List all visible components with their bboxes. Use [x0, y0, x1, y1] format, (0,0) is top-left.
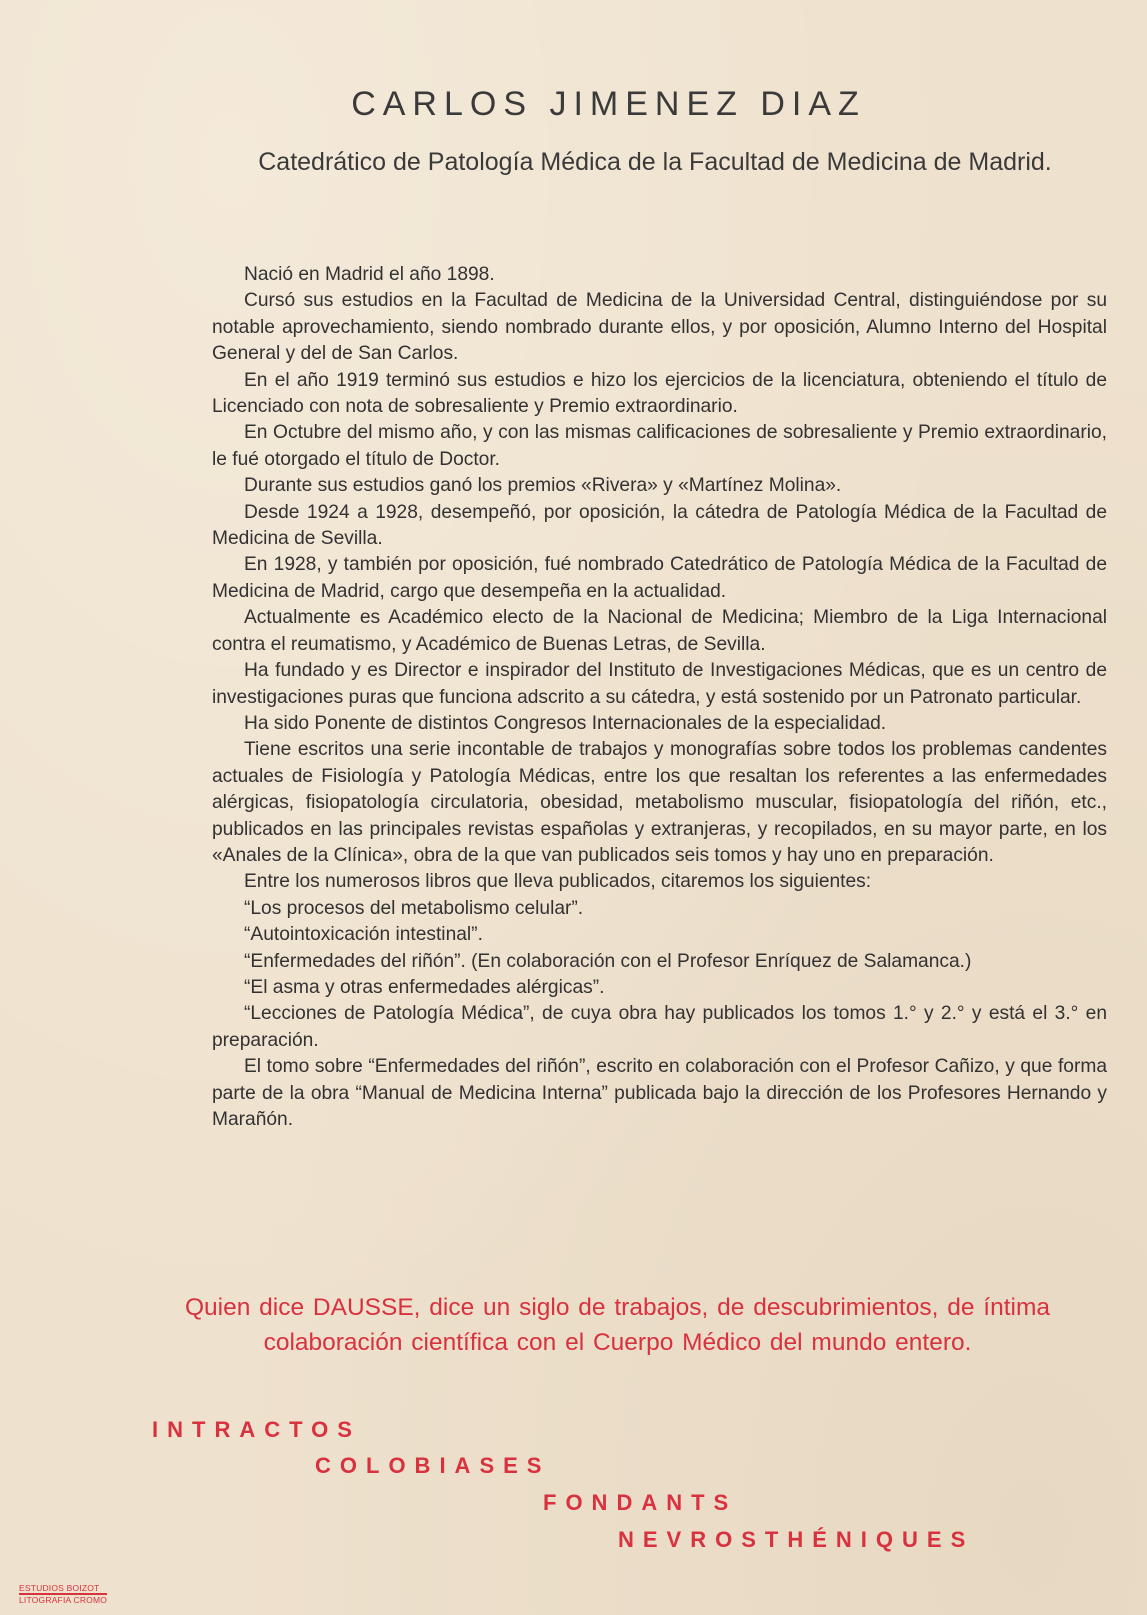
- book-title: El tomo sobre “Enfermedades del riñón”, …: [212, 1054, 1107, 1133]
- book-title: “El asma y otras enfermedades alérgicas”…: [212, 975, 1107, 1001]
- book-title: “Los procesos del metabolismo celular”.: [212, 896, 1107, 922]
- biography-paragraph: Nació en Madrid el año 1898.: [212, 262, 1107, 288]
- biography-paragraph: Actualmente es Académico electo de la Na…: [212, 605, 1107, 658]
- biography-paragraph: Tiene escritos una serie incontable de t…: [212, 737, 1107, 869]
- biography-paragraph: Ha fundado y es Director e inspirador de…: [212, 658, 1107, 711]
- book-title: “Lecciones de Patología Médica”, de cuya…: [212, 1001, 1107, 1054]
- page-title: CARLOS JIMENEZ DIAZ: [0, 85, 1147, 124]
- product-colobiases: COLOBIASES: [315, 1453, 550, 1479]
- imprint-studio: ESTUDIOS BOIZOT: [19, 1583, 107, 1595]
- biography-paragraph: Ha sido Ponente de distintos Congresos I…: [212, 711, 1107, 737]
- product-nevrostheniques: NEVROSTHÉNIQUES: [618, 1527, 974, 1553]
- biography-paragraph: En 1928, y también por oposición, fué no…: [212, 552, 1107, 605]
- biography-paragraph: Cursó sus estudios en la Facultad de Med…: [212, 288, 1107, 367]
- biography-paragraph: Durante sus estudios ganó los premios «R…: [212, 473, 1107, 499]
- product-fondants: FONDANTS: [543, 1490, 737, 1516]
- page-subtitle: Catedrático de Patología Médica de la Fa…: [205, 142, 1105, 182]
- printer-imprint: ESTUDIOS BOIZOT LITOGRAFIA CROMO: [19, 1583, 107, 1605]
- biography-body: Nació en Madrid el año 1898. Cursó sus e…: [212, 262, 1107, 1133]
- biography-paragraph: Entre los numerosos libros que lleva pub…: [212, 869, 1107, 895]
- imprint-lithography: LITOGRAFIA CROMO: [19, 1595, 107, 1605]
- dausse-slogan: Quien dice DAUSSE, dice un siglo de trab…: [150, 1290, 1085, 1360]
- product-intractos: INTRACTOS: [152, 1417, 361, 1443]
- biography-paragraph: Desde 1924 a 1928, desempeñó, por oposic…: [212, 500, 1107, 553]
- book-title: “Enfermedades del riñón”. (En colaboraci…: [212, 949, 1107, 975]
- biography-paragraph: En el año 1919 terminó sus estudios e hi…: [212, 368, 1107, 421]
- biography-paragraph: En Octubre del mismo año, y con las mism…: [212, 420, 1107, 473]
- book-title: “Autointoxicación intestinal”.: [212, 922, 1107, 948]
